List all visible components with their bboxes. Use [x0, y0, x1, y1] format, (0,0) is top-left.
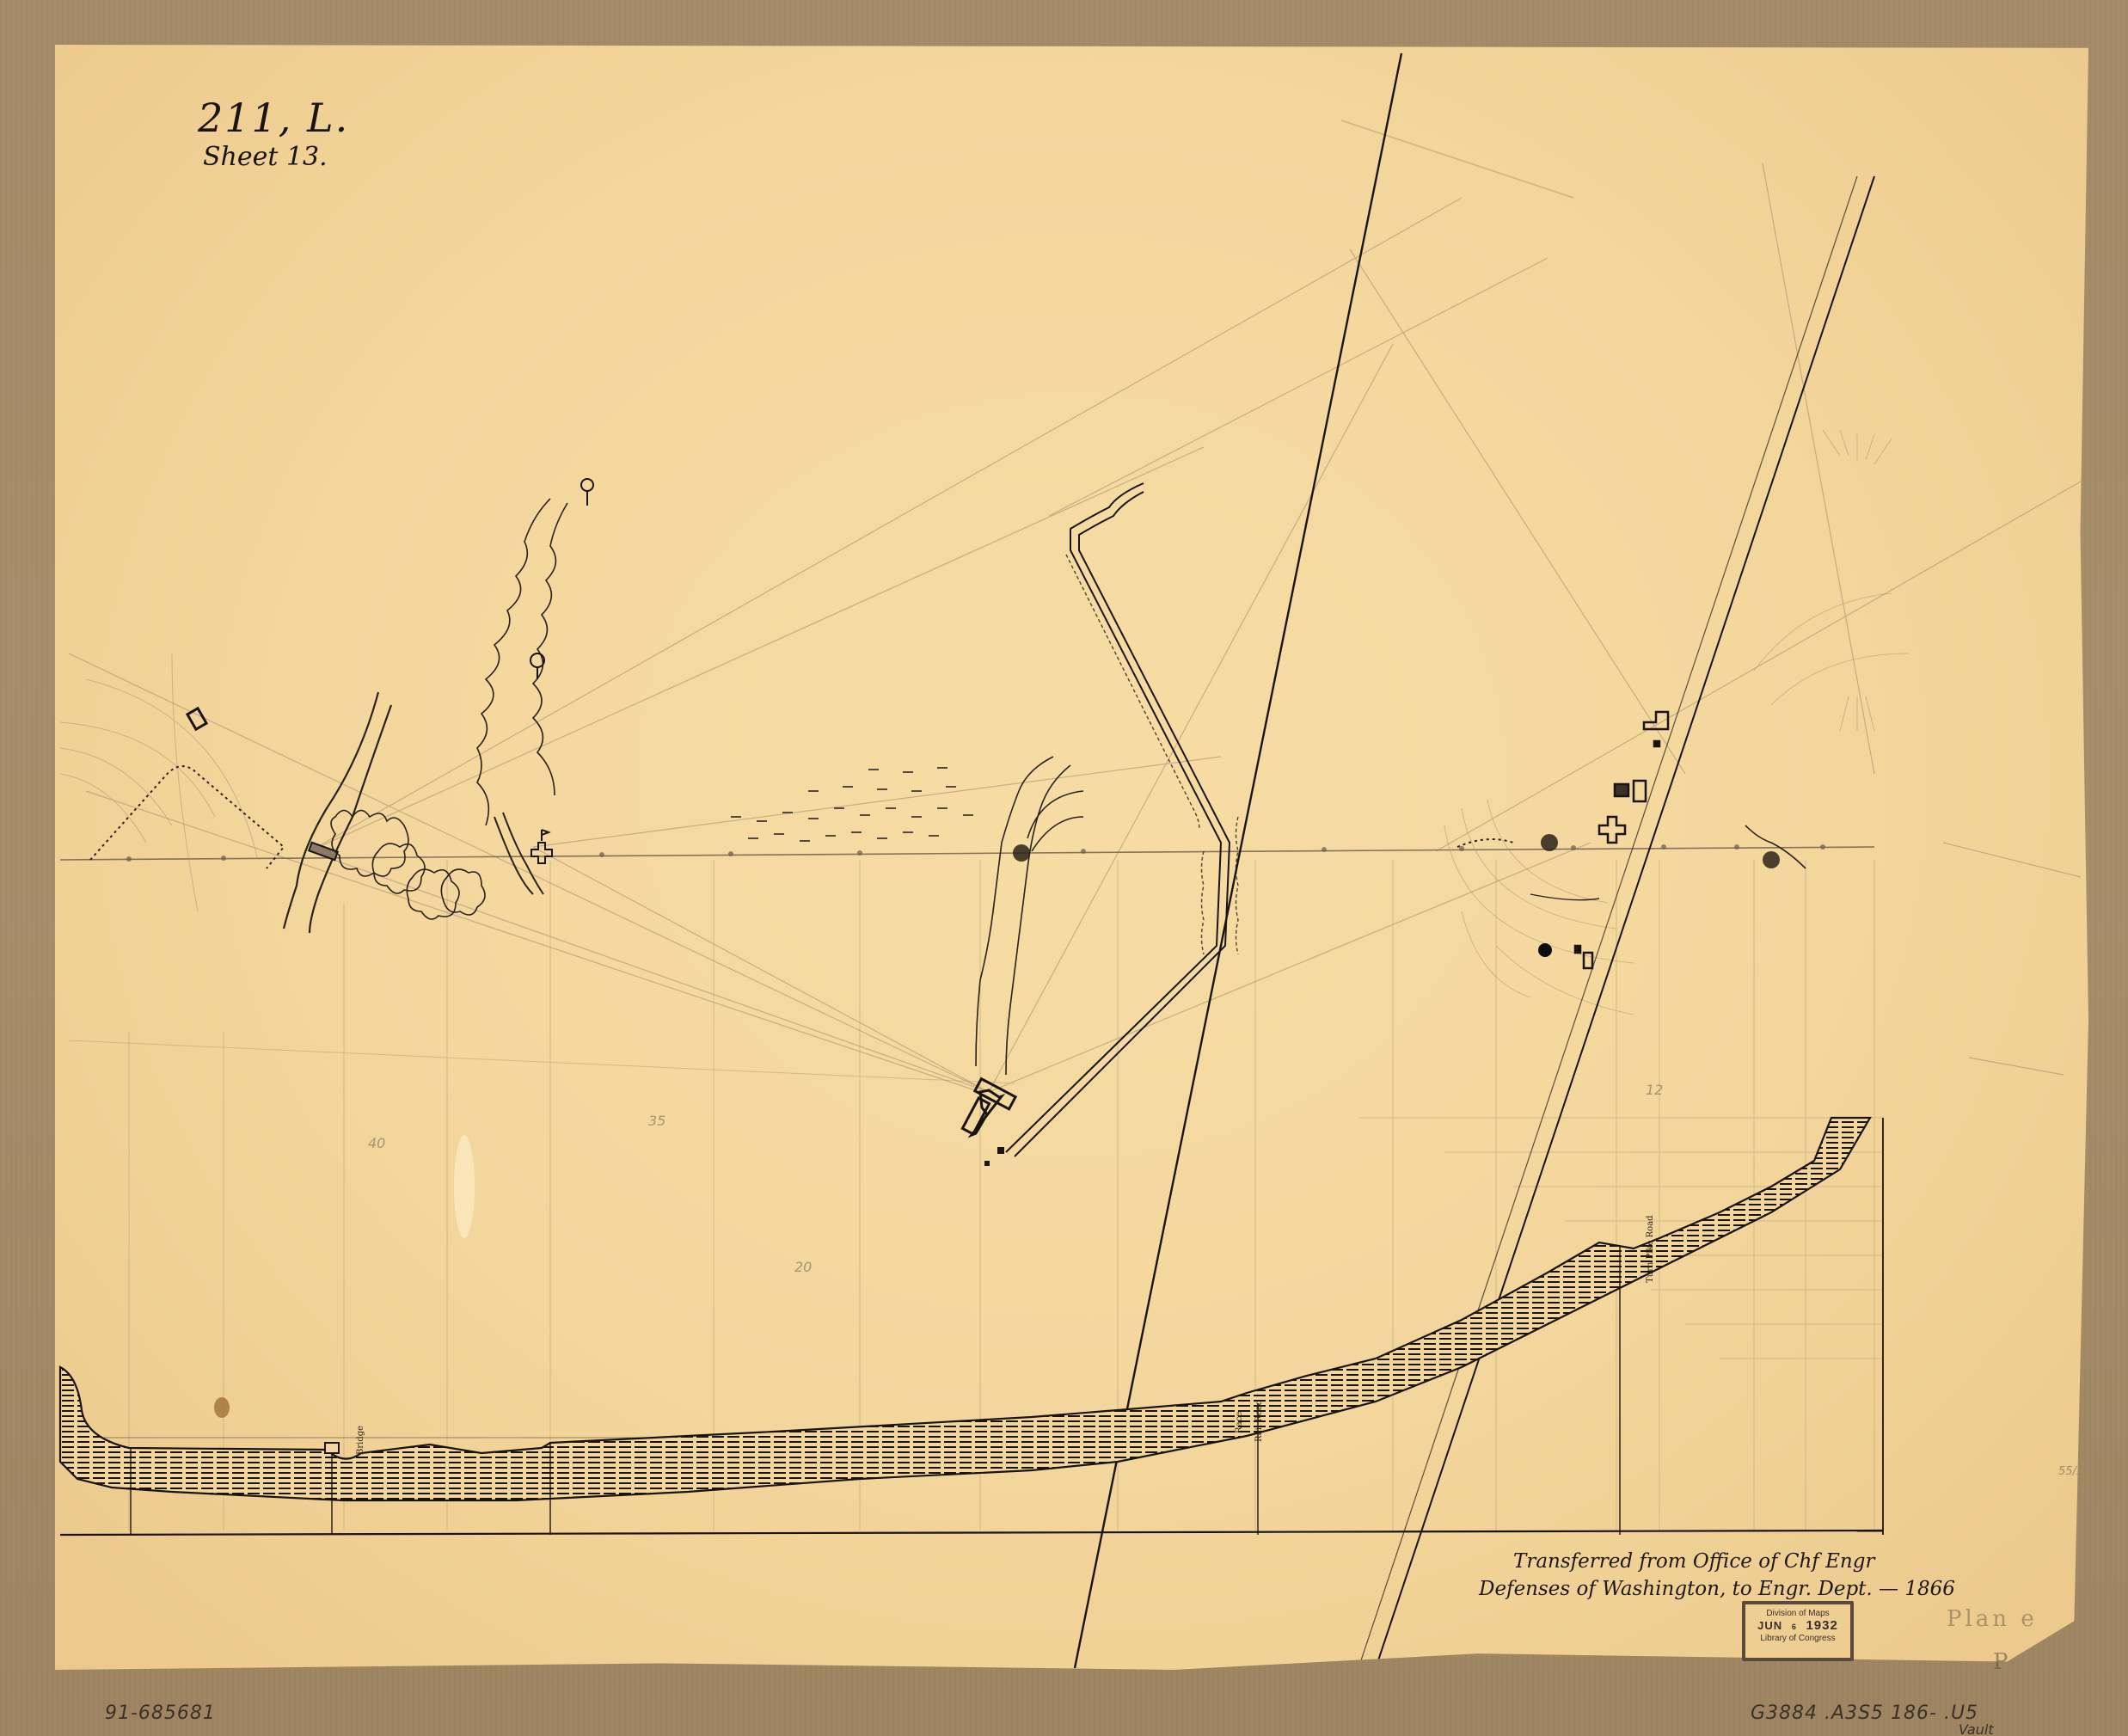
turnpike-line-a: [1376, 176, 1874, 1668]
transfer-annotation: Transferred from Office of Chf Engr Defe…: [1479, 1548, 2029, 1603]
plan-letter: P: [1993, 1649, 2008, 1675]
vault-label: Vault: [1959, 1721, 1994, 1736]
buildings-right: [1575, 712, 1668, 968]
tree-icons-left: [530, 479, 593, 679]
map-sheet: Bridge Race Rail Road Turn Pike Road 40 …: [55, 45, 2088, 1670]
profile-label-railroad: Rail Road: [1254, 1400, 1264, 1442]
pencil-mark-20: 20: [794, 1259, 812, 1275]
pencil-mark-35: 35: [648, 1113, 665, 1129]
paper-light-spot: [454, 1135, 475, 1238]
small-structure: [997, 1147, 1004, 1154]
call-number: G3884 .A3S5 186- .U5: [1751, 1702, 1978, 1724]
woods-left: [331, 811, 485, 920]
pencil-mark-12: 12: [1646, 1082, 1663, 1098]
marsh-symbols: [731, 768, 973, 841]
building-center: [962, 1079, 1015, 1135]
sheet-number: Sheet 13.: [203, 142, 328, 172]
pencil-mark-40: 40: [368, 1135, 385, 1151]
map-title: 211, L.: [198, 95, 349, 141]
trees-right: [1541, 834, 1780, 868]
library-stamp: Division of Maps JUN 6 1932 Library of C…: [1742, 1601, 1854, 1661]
canal-bank-woods: [1066, 555, 1238, 954]
tree-clump: [1013, 844, 1030, 862]
woods-strip-center: [976, 757, 1083, 1075]
dotted-road-left: [90, 766, 284, 868]
ink-stain: [214, 1397, 230, 1418]
contours-right: [1444, 593, 1909, 1015]
stream-left: [284, 692, 391, 933]
turnpike-line-b: [1358, 176, 1857, 1668]
catalog-number: 91-685681: [105, 1702, 216, 1724]
woods-strip-left: [477, 499, 567, 825]
profile-label-turnpike: Turn Pike Road: [1646, 1215, 1655, 1283]
stamp-date: JUN 6 1932: [1745, 1620, 1850, 1633]
plan-label: Plan e: [1947, 1606, 2038, 1632]
sight-lines: [69, 120, 2081, 1092]
annotation-line-1: Transferred from Office of Chf Engr: [1479, 1548, 2029, 1575]
profile-label-race: Race: [1235, 1412, 1244, 1433]
building-small: [187, 709, 206, 729]
profile-label-bridge: Bridge: [356, 1426, 365, 1455]
stamp-library: Library of Congress: [1745, 1633, 1850, 1645]
profile-base-line: [60, 1531, 1883, 1535]
marker-dot: [1538, 943, 1552, 957]
bridge-profile-icon: [325, 1443, 339, 1453]
pencil-sketch-top-right: [1823, 430, 1892, 731]
annotation-line-2: Defenses of Washington, to Engr. Dept. —…: [1479, 1575, 2029, 1603]
